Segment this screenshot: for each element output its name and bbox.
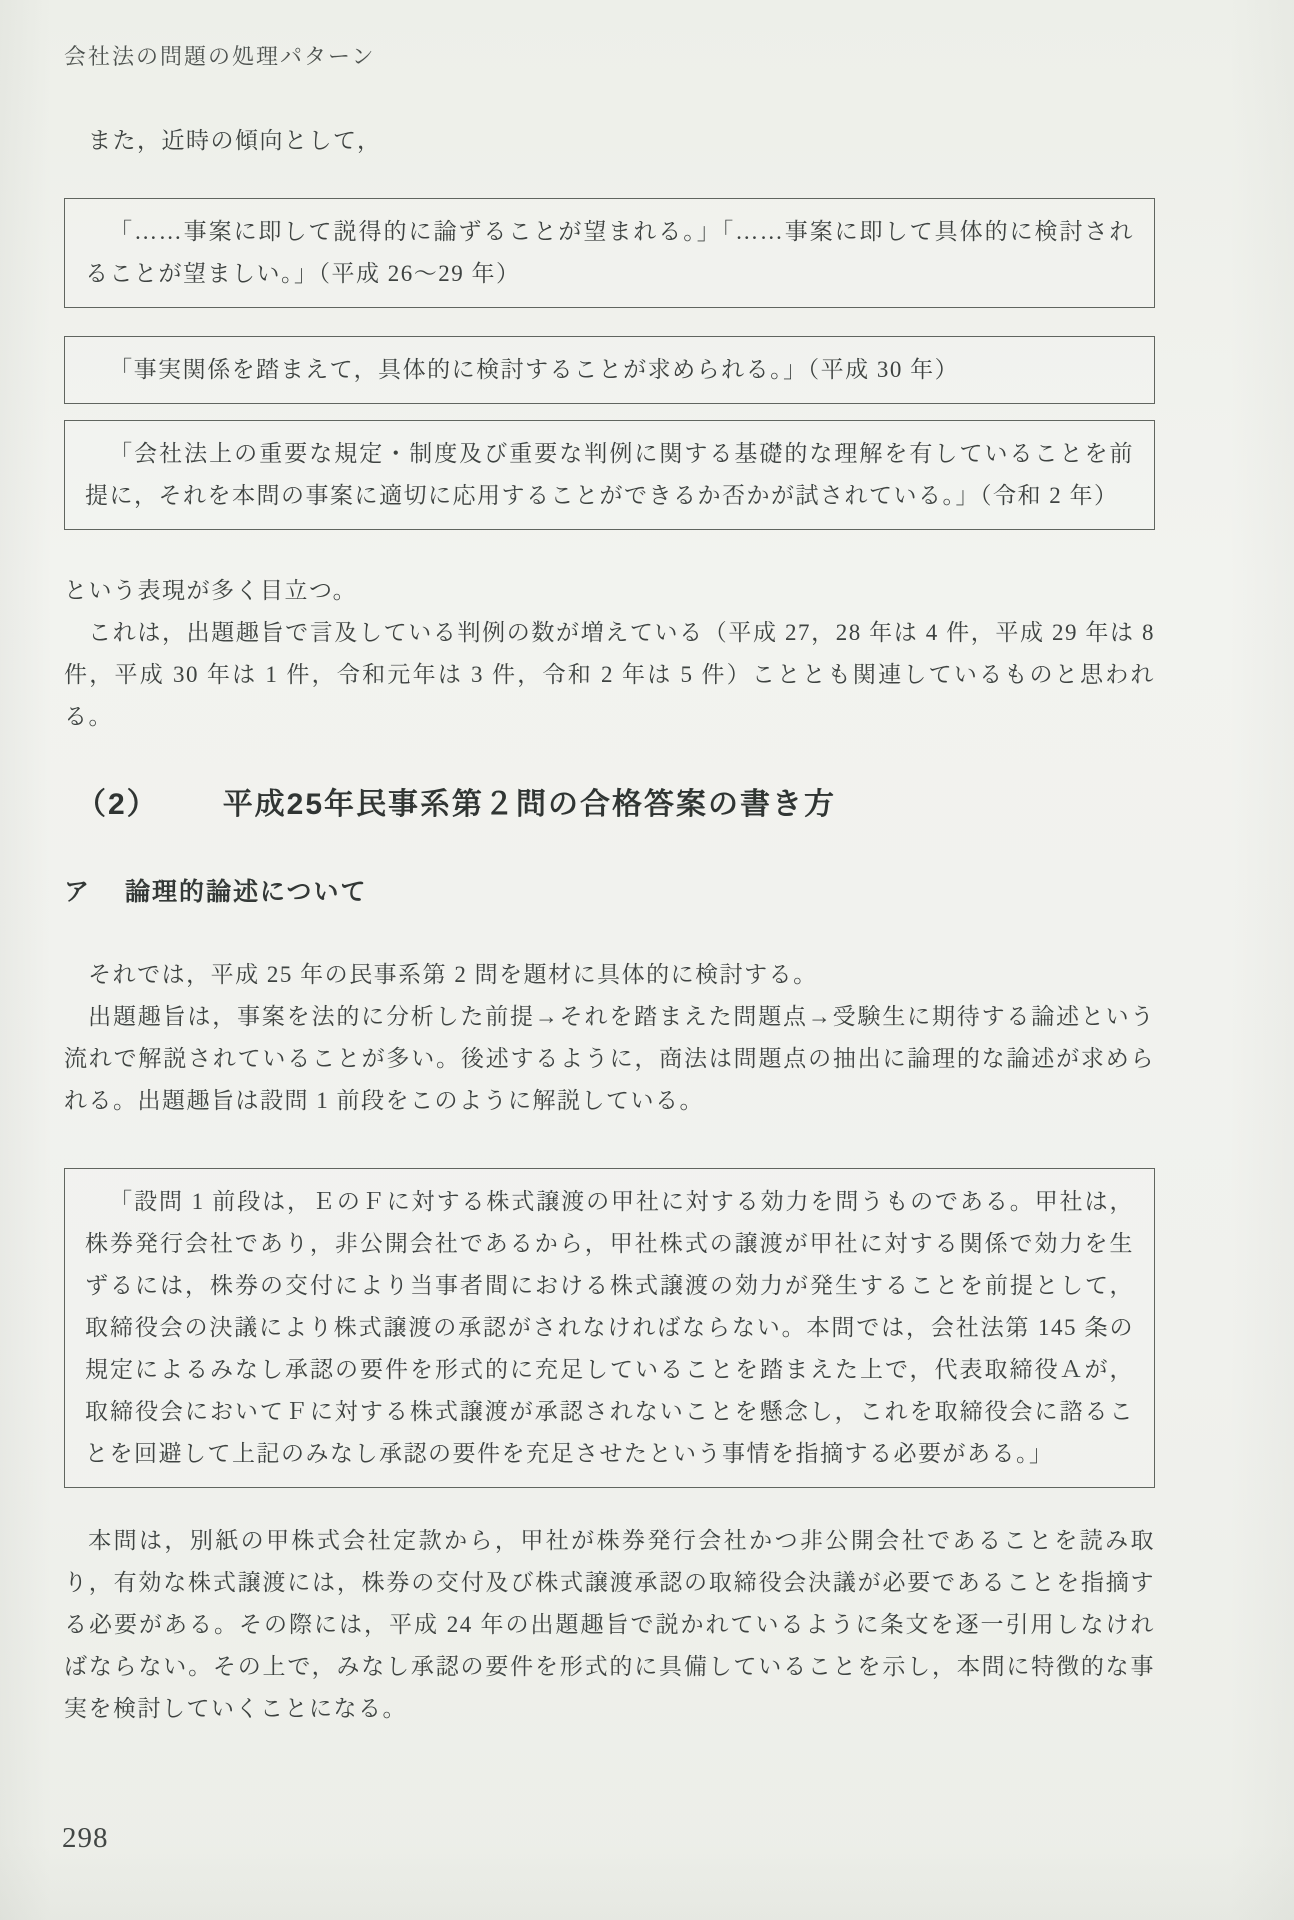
quote-text: 「会社法上の重要な規定・制度及び重要な判例に関する基礎的な理解を有していることを… <box>85 433 1134 517</box>
quote-text: 「事実関係を踏まえて，具体的に検討することが求められる。」（平成 30 年） <box>85 349 1134 391</box>
section-number: （2） <box>64 782 159 828</box>
section-title: 平成25年民事系第２問の合格答案の書き方 <box>223 782 836 828</box>
subsection-label: ア <box>64 874 91 910</box>
quote-box-mondai-shushi: 「設問 1 前段は，ＥのＦに対する株式譲渡の甲社に対する効力を問うものである。甲… <box>64 1168 1155 1488</box>
quote-text: 「……事案に即して説得的に論ずることが望まれる。」「……事案に即して具体的に検討… <box>85 211 1134 295</box>
quote-box-heisei30: 「事実関係を踏まえて，具体的に検討することが求められる。」（平成 30 年） <box>64 336 1155 404</box>
running-header: 会社法の問題の処理パターン <box>64 42 1155 72</box>
closing-sentence: 本問は，別紙の甲株式会社定款から，甲社が株券発行会社かつ非公開会社であることを読… <box>64 1520 1155 1730</box>
intro-sentence: また，近時の傾向として， <box>64 120 1155 162</box>
book-page: 会社法の問題の処理パターン また，近時の傾向として， 「……事案に即して説得的に… <box>0 0 1294 1920</box>
page-number: 298 <box>62 1822 109 1855</box>
discussion-flow-sentence: 出題趣旨は，事案を法的に分析した前提→それを踏まえた問題点→受験生に期待する論述… <box>64 996 1155 1122</box>
quote-text: 「設問 1 前段は，ＥのＦに対する株式譲渡の甲社に対する効力を問うものである。甲… <box>85 1181 1134 1475</box>
discussion-intro-sentence: それでは，平成 25 年の民事系第 2 問を題材に具体的に検討する。 <box>64 954 1155 996</box>
observation-detail-sentence: これは，出題趣旨で言及している判例の数が増えている（平成 27，28 年は 4 … <box>64 612 1155 738</box>
quote-box-heisei26-29: 「……事案に即して説得的に論ずることが望まれる。」「……事案に即して具体的に検討… <box>64 198 1155 308</box>
discussion-paragraphs: それでは，平成 25 年の民事系第 2 問を題材に具体的に検討する。 出題趣旨は… <box>64 954 1155 1122</box>
subsection-title: 論理的論述について <box>125 874 368 910</box>
observation-lead-sentence: という表現が多く目立つ。 <box>64 570 1155 612</box>
subsection-heading: ア 論理的論述について <box>64 874 1155 910</box>
quote-box-reiwa2: 「会社法上の重要な規定・制度及び重要な判例に関する基礎的な理解を有していることを… <box>64 420 1155 530</box>
closing-paragraph: 本問は，別紙の甲株式会社定款から，甲社が株券発行会社かつ非公開会社であることを読… <box>64 1520 1155 1730</box>
observation-paragraphs: という表現が多く目立つ。 これは，出題趣旨で言及している判例の数が増えている（平… <box>64 570 1155 738</box>
section-heading: （2） 平成25年民事系第２問の合格答案の書き方 <box>64 782 1155 828</box>
